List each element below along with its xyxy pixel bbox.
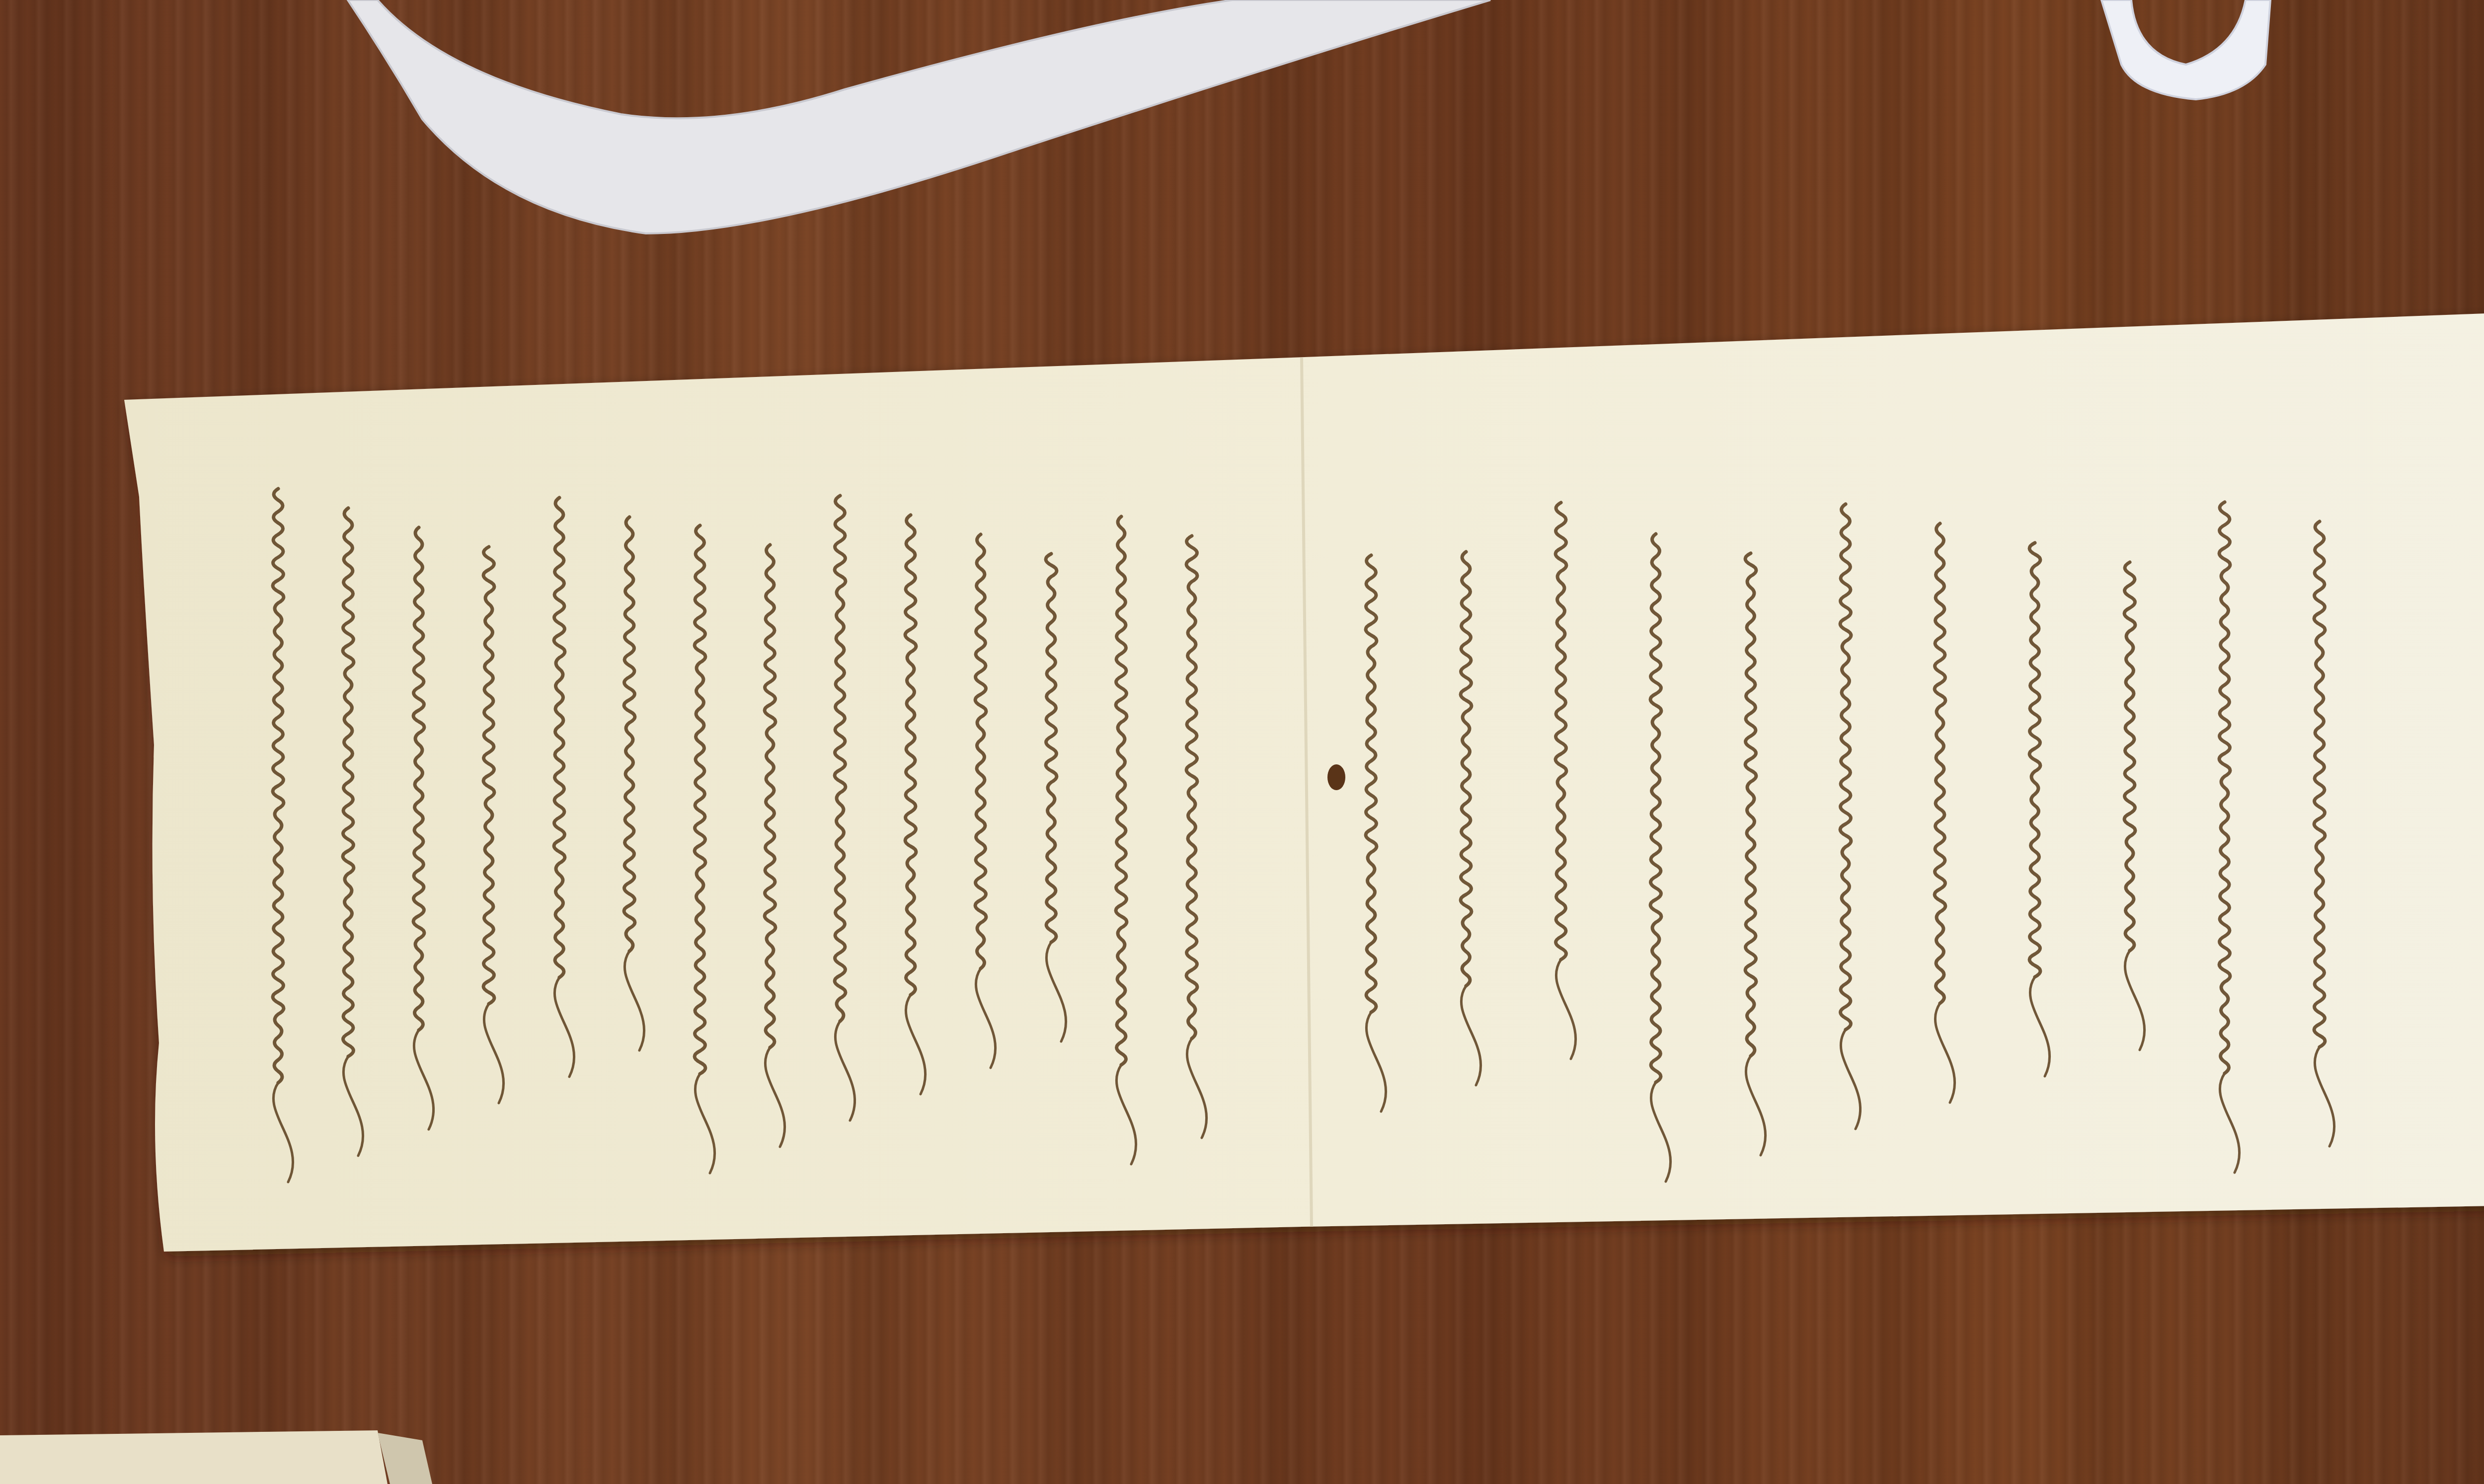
- photo-scene: [0, 0, 2484, 1484]
- white-ribbon-right-loop: [2101, 0, 2270, 99]
- objects-layer: [0, 0, 2484, 1484]
- white-ribbon-left: [348, 0, 1490, 233]
- paper-bundle-corner: [0, 1430, 388, 1484]
